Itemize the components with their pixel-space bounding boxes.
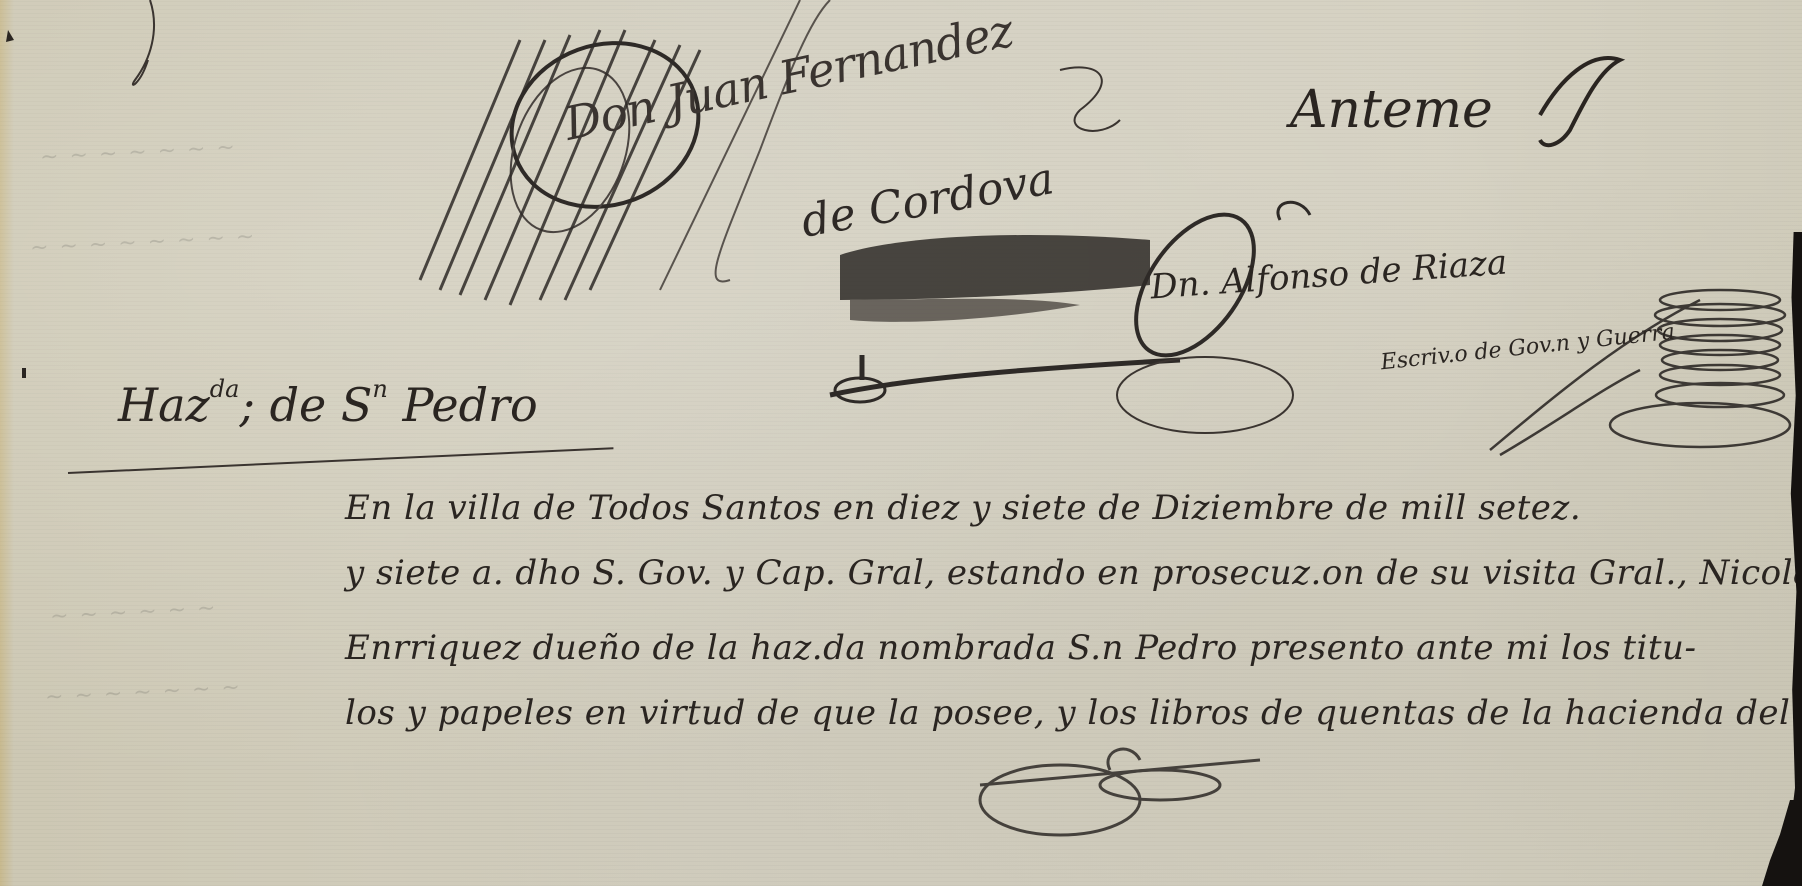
body-line-4: los y papeles en virtud de que la posee,… [345, 693, 1790, 733]
heading-rest: ; de S [239, 378, 372, 432]
body-line-2: y siete a. dho S. Gov. y Cap. Gral, esta… [345, 553, 1802, 593]
heading-superscript-2: n [372, 375, 387, 403]
margin-heading: Hazda; de Sn Pedro [118, 375, 538, 432]
heading-name: Pedro [388, 378, 538, 432]
body-line-1: En la villa de Todos Santos en diez y si… [345, 488, 1581, 528]
notary-attestation: Anteme [1290, 80, 1493, 140]
heading-main: Haz [118, 378, 210, 432]
ink-rubrics [0, 0, 1802, 886]
heading-superscript: da [210, 375, 240, 403]
body-line-3: Enrriquez dueño de la haz.da nombrada S.… [345, 628, 1696, 668]
manuscript-page: ~ ~ ~ ~ ~ ~ ~ ~ ~ ~ ~ ~ ~ ~ ~ ~ ~ ~ ~ ~ … [0, 0, 1802, 886]
